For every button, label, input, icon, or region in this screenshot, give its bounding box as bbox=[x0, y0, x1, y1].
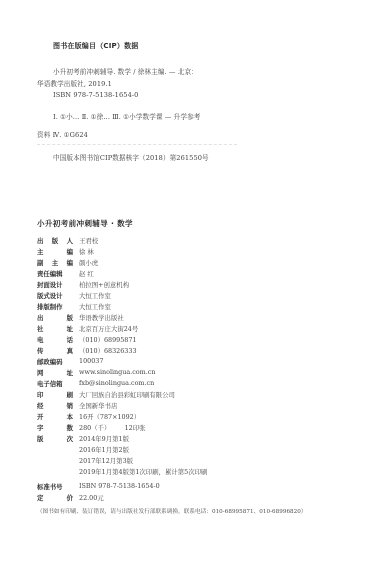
info-label: 社址 bbox=[37, 324, 77, 333]
info-row-address: 社址 北京百万庄大街24号 bbox=[37, 323, 138, 333]
cip-heading: 图书在版编目（CIP）数据 bbox=[53, 41, 138, 51]
info-row-deputy-editor: 副主编 颜小虎 bbox=[37, 257, 98, 267]
info-value: 2016年1月第2版 bbox=[77, 445, 129, 454]
info-label: 版式设计 bbox=[37, 291, 77, 300]
info-value: 2019年1月第4版第1次印刷，累计第5次印刷 bbox=[77, 467, 207, 476]
info-row-cover-design: 封面设计 柏拉图+创意机构 bbox=[37, 279, 129, 289]
info-value: 北京百万庄大街24号 bbox=[77, 324, 138, 333]
cip-classification-line: Ⅰ. ①小… Ⅱ. ①徐… Ⅲ. ①小学数学课 — 升学参考 bbox=[53, 111, 200, 121]
info-row-publisher-person: 出版人 王君校 bbox=[37, 235, 98, 245]
info-row-isbn: 标准书号 ISBN 978-7-5138-1654-0 bbox=[37, 481, 160, 491]
info-label: 定价 bbox=[37, 493, 77, 502]
cip-isbn-line: ISBN 978-7-5138-1654-0 bbox=[53, 91, 138, 99]
info-value: 2017年12月第3版 bbox=[77, 456, 133, 465]
info-row-chief-editor: 主编 徐 林 bbox=[37, 246, 94, 256]
info-row-publisher: 出版 华语教学出版社 bbox=[37, 312, 124, 322]
info-label: 邮政编码 bbox=[37, 357, 77, 366]
info-row-distributor: 经销 全国新华书店 bbox=[37, 400, 117, 410]
info-row-website: 网址 www.sinolingua.com.cn bbox=[37, 367, 155, 377]
info-row-format: 开本 16开（787×1092） bbox=[37, 411, 140, 421]
info-row-layout-design: 版式设计 大恒工作室 bbox=[37, 290, 111, 300]
email-link[interactable]: fxb@sinolingua.com.cn bbox=[77, 379, 154, 387]
info-value: 全国新华书店 bbox=[77, 401, 117, 410]
info-value: 22.00元 bbox=[77, 493, 104, 502]
info-label: 开本 bbox=[37, 412, 77, 421]
cip-classification-cont: 资料 Ⅳ. ①G624 bbox=[37, 129, 88, 139]
info-label: 封面设计 bbox=[37, 280, 77, 289]
cip-divider bbox=[37, 144, 237, 145]
info-row-phone: 电话 （010）68995871 bbox=[37, 334, 137, 344]
cip-publisher-line: 华语教学出版社, 2019.1 bbox=[37, 78, 112, 88]
info-value: ISBN 978-7-5138-1654-0 bbox=[77, 482, 160, 490]
info-row-printer: 印刷 大厂回族自治县彩虹印刷有限公司 bbox=[37, 389, 175, 399]
cip-core-number: 中国版本图书馆CIP数据核字（2018）第261550号 bbox=[53, 152, 209, 162]
info-row-edition-2: 2016年1月第2版 bbox=[37, 444, 129, 454]
info-row-postcode: 邮政编码 100037 bbox=[37, 356, 103, 366]
info-value: 2014年9月第1版 bbox=[77, 434, 129, 443]
info-label: 出版人 bbox=[37, 236, 77, 245]
info-label: 责任编辑 bbox=[37, 269, 77, 278]
info-value: 王君校 bbox=[77, 236, 98, 245]
info-label: 副主编 bbox=[37, 258, 77, 267]
website-link[interactable]: www.sinolingua.com.cn bbox=[77, 368, 155, 376]
info-label: 主编 bbox=[37, 247, 77, 256]
info-label: 传真 bbox=[37, 346, 77, 355]
info-value: （010）68326333 bbox=[77, 346, 137, 355]
info-value: 大厂回族自治县彩虹印刷有限公司 bbox=[77, 390, 175, 399]
info-label: 电话 bbox=[37, 335, 77, 344]
info-value: 颜小虎 bbox=[77, 258, 98, 267]
info-label: 电子信箱 bbox=[37, 379, 77, 388]
cip-title-line: 小升初考前冲刺辅导. 数学 / 徐林主编. — 北京： bbox=[53, 66, 198, 76]
info-value: （010）68995871 bbox=[77, 335, 137, 344]
info-label: 印刷 bbox=[37, 390, 77, 399]
info-row-email: 电子信箱 fxb@sinolingua.com.cn bbox=[37, 378, 154, 388]
info-value: 徐 林 bbox=[77, 247, 94, 256]
info-value: 赵 红 bbox=[77, 269, 94, 278]
info-label: 网址 bbox=[37, 368, 77, 377]
info-row-edition-4: 2019年1月第4版第1次印刷，累计第5次印刷 bbox=[37, 466, 207, 476]
info-value: 柏拉图+创意机构 bbox=[77, 280, 129, 289]
info-row-edition: 版次 2014年9月第1版 bbox=[37, 433, 129, 443]
info-label: 出版 bbox=[37, 313, 77, 322]
info-label: 版次 bbox=[37, 434, 77, 443]
info-row-fax: 传真 （010）68326333 bbox=[37, 345, 137, 355]
info-label: 排版制作 bbox=[37, 302, 77, 311]
info-row-word-count: 字数 280（千） 12印张 bbox=[37, 422, 146, 432]
copyright-page: 图书在版编目（CIP）数据 小升初考前冲刺辅导. 数学 / 徐林主编. — 北京… bbox=[0, 0, 375, 561]
info-value: 280（千） 12印张 bbox=[77, 423, 146, 432]
info-row-edition-3: 2017年12月第3版 bbox=[37, 455, 133, 465]
info-row-price: 定价 22.00元 bbox=[37, 492, 104, 502]
info-value: 大恒工作室 bbox=[77, 302, 111, 311]
info-row-responsible-editor: 责任编辑 赵 红 bbox=[37, 268, 94, 278]
info-value: 16开（787×1092） bbox=[77, 412, 140, 421]
footer-note: （图书如有印刷、装订错误，请与出版社发行部联系调换。联系电话：010-68995… bbox=[37, 507, 307, 515]
info-value: 华语教学出版社 bbox=[77, 313, 124, 322]
info-value: 大恒工作室 bbox=[77, 291, 111, 300]
book-title: 小升初考前冲刺辅导 · 数学 bbox=[37, 218, 133, 229]
info-row-typesetting: 排版制作 大恒工作室 bbox=[37, 301, 111, 311]
info-label: 标准书号 bbox=[37, 482, 77, 491]
info-label: 经销 bbox=[37, 401, 77, 410]
info-label: 字数 bbox=[37, 423, 77, 432]
info-value: 100037 bbox=[77, 357, 103, 365]
